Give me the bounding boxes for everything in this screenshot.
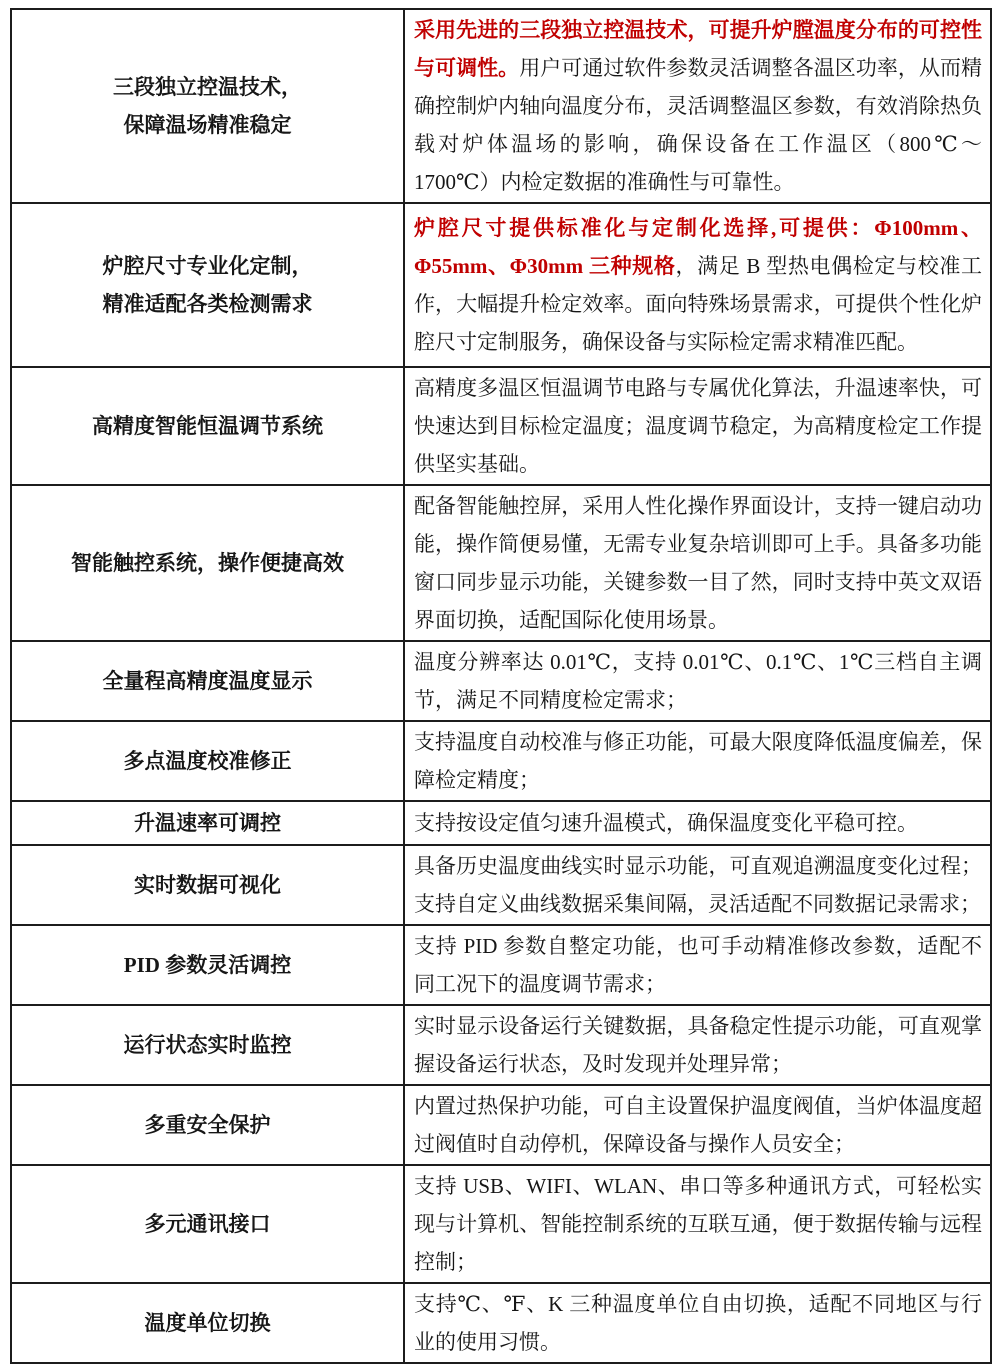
table-row: 高精度智能恒温调节系统 高精度多温区恒温调节电路与专属优化算法，升温速率快，可快… [12,366,990,484]
feature-description: 支持温度自动校准与修正功能，可最大限度降低温度偏差，保障检定精度； [405,722,990,800]
feature-name: 多重安全保护 [12,1086,405,1164]
feature-name: 升温速率可调控 [12,802,405,844]
feature-name: 三段独立控温技术， 保障温场精准稳定 [12,10,405,202]
table-row: 多元通讯接口 支持 USB、WIFI、WLAN、串口等多种通讯方式，可轻松实现与… [12,1164,990,1282]
feature-description: 配备智能触控屏，采用人性化操作界面设计，支持一键启动功能，操作简便易懂，无需专业… [405,486,990,640]
feature-description: 内置过热保护功能，可自主设置保护温度阀值，当炉体温度超过阀值时自动停机，保障设备… [405,1086,990,1164]
table-row: 运行状态实时监控 实时显示设备运行关键数据，具备稳定性提示功能，可直观掌握设备运… [12,1004,990,1084]
table-row: 多点温度校准修正 支持温度自动校准与修正功能，可最大限度降低温度偏差，保障检定精… [12,720,990,800]
feature-name: 炉腔尺寸专业化定制， 精准适配各类检测需求 [12,204,405,366]
feature-description: 支持℃、℉、K 三种温度单位自由切换，适配不同地区与行业的使用习惯。 [405,1284,990,1362]
feature-name: 多点温度校准修正 [12,722,405,800]
feature-description: 支持按设定值匀速升温模式，确保温度变化平稳可控。 [405,802,990,844]
table-row: 升温速率可调控 支持按设定值匀速升温模式，确保温度变化平稳可控。 [12,800,990,844]
feature-description-body: 实时显示设备运行关键数据，具备稳定性提示功能，可直观掌握设备运行状态，及时发现并… [414,1014,982,1076]
feature-name: 多元通讯接口 [12,1166,405,1282]
feature-description-body: 高精度多温区恒温调节电路与专属优化算法，升温速率快，可快速达到目标检定温度；温度… [414,376,982,476]
feature-description-body: 支持温度自动校准与修正功能，可最大限度降低温度偏差，保障检定精度； [414,730,982,792]
feature-name: 全量程高精度温度显示 [12,642,405,720]
feature-name: 高精度智能恒温调节系统 [12,368,405,484]
table-row: 智能触控系统，操作便捷高效 配备智能触控屏，采用人性化操作界面设计，支持一键启动… [12,484,990,640]
feature-name: PID 参数灵活调控 [12,926,405,1004]
feature-description-body: 支持 USB、WIFI、WLAN、串口等多种通讯方式，可轻松实现与计算机、智能控… [414,1174,982,1274]
feature-description-body: 内置过热保护功能，可自主设置保护温度阀值，当炉体温度超过阀值时自动停机，保障设备… [414,1094,982,1156]
feature-description: 具备历史温度曲线实时显示功能，可直观追溯温度变化过程；支持自定义曲线数据采集间隔… [405,846,990,924]
feature-description: 支持 USB、WIFI、WLAN、串口等多种通讯方式，可轻松实现与计算机、智能控… [405,1166,990,1282]
table-row: 多重安全保护 内置过热保护功能，可自主设置保护温度阀值，当炉体温度超过阀值时自动… [12,1084,990,1164]
table-row: PID 参数灵活调控 支持 PID 参数自整定功能，也可手动精准修改参数，适配不… [12,924,990,1004]
feature-description: 温度分辨率达 0.01℃，支持 0.01℃、0.1℃、1℃三档自主调节，满足不同… [405,642,990,720]
table-row: 温度单位切换 支持℃、℉、K 三种温度单位自由切换，适配不同地区与行业的使用习惯… [12,1282,990,1362]
features-table: 三段独立控温技术， 保障温场精准稳定 采用先进的三段独立控温技术，可提升炉膛温度… [10,8,992,1364]
feature-name: 实时数据可视化 [12,846,405,924]
table-row: 实时数据可视化 具备历史温度曲线实时显示功能，可直观追溯温度变化过程；支持自定义… [12,844,990,924]
feature-description-body: 配备智能触控屏，采用人性化操作界面设计，支持一键启动功能，操作简便易懂，无需专业… [414,494,982,632]
feature-description-body: 支持℃、℉、K 三种温度单位自由切换，适配不同地区与行业的使用习惯。 [414,1292,982,1354]
feature-description: 支持 PID 参数自整定功能，也可手动精准修改参数，适配不同工况下的温度调节需求… [405,926,990,1004]
table-row: 炉腔尺寸专业化定制， 精准适配各类检测需求 炉腔尺寸提供标准化与定制化选择,可提… [12,202,990,366]
feature-name: 温度单位切换 [12,1284,405,1362]
feature-description: 炉腔尺寸提供标准化与定制化选择,可提供：Φ100mm、Φ55mm、Φ30mm 三… [405,204,990,366]
feature-description: 采用先进的三段独立控温技术，可提升炉膛温度分布的可控性与可调性。用户可通过软件参… [405,10,990,202]
table-row: 全量程高精度温度显示 温度分辨率达 0.01℃，支持 0.01℃、0.1℃、1℃… [12,640,990,720]
feature-description-body: 支持按设定值匀速升温模式，确保温度变化平稳可控。 [414,811,918,835]
feature-description: 实时显示设备运行关键数据，具备稳定性提示功能，可直观掌握设备运行状态，及时发现并… [405,1006,990,1084]
feature-description: 高精度多温区恒温调节电路与专属优化算法，升温速率快，可快速达到目标检定温度；温度… [405,368,990,484]
feature-description-body: 支持 PID 参数自整定功能，也可手动精准修改参数，适配不同工况下的温度调节需求… [414,934,982,996]
feature-name: 运行状态实时监控 [12,1006,405,1084]
feature-description-body: 温度分辨率达 0.01℃，支持 0.01℃、0.1℃、1℃三档自主调节，满足不同… [414,650,982,712]
feature-description-body: 具备历史温度曲线实时显示功能，可直观追溯温度变化过程；支持自定义曲线数据采集间隔… [414,854,982,916]
table-row: 三段独立控温技术， 保障温场精准稳定 采用先进的三段独立控温技术，可提升炉膛温度… [12,10,990,202]
feature-name: 智能触控系统，操作便捷高效 [12,486,405,640]
